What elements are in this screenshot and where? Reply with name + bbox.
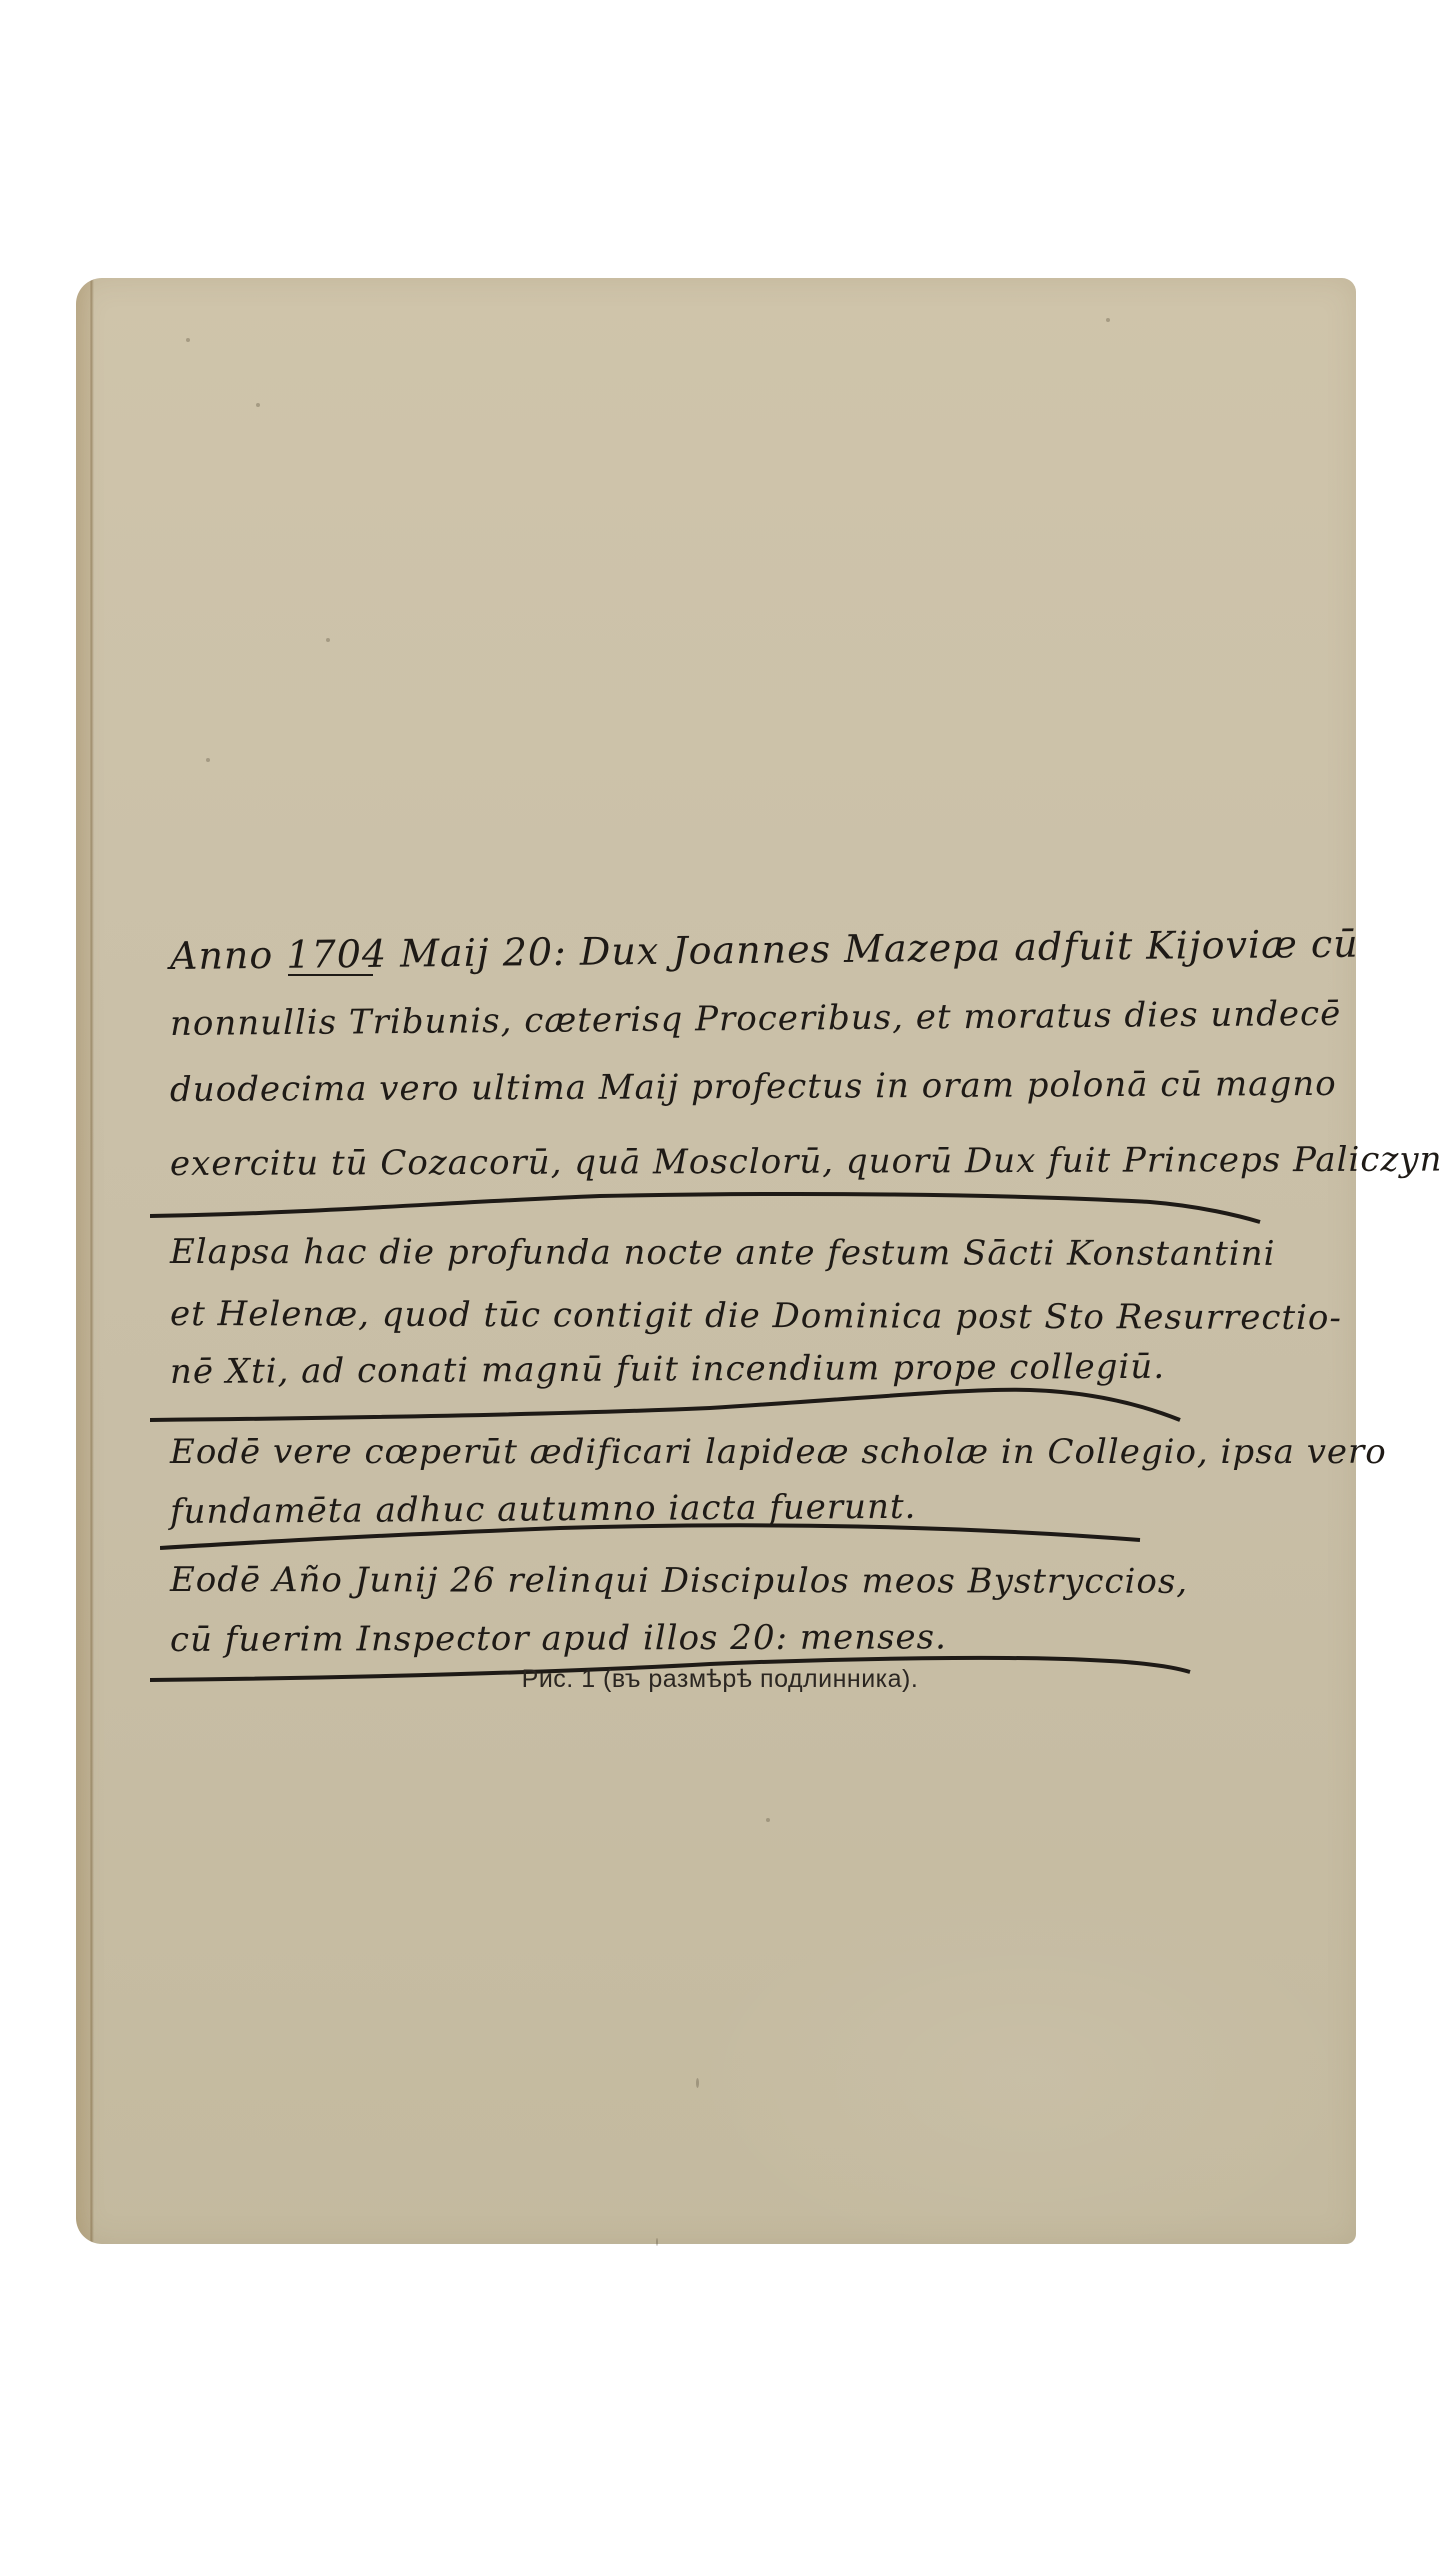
paper-speck xyxy=(186,338,190,342)
scan-background: Anno 1704 Maij 20: Dux Joannes Mazepa ad… xyxy=(0,0,1440,2560)
manuscript-line-3: duodecima vero ultima Maij profectus in … xyxy=(170,1064,1337,1110)
paper-speck xyxy=(1106,318,1110,322)
manuscript-line-4: exercitu tū Cozacorū, quā Mosclorū, quor… xyxy=(170,1140,1440,1184)
paper-speck xyxy=(326,638,330,642)
manuscript-line-8: Eodē vere cœperūt ædificari lapideæ scho… xyxy=(170,1432,1387,1472)
paper-speck xyxy=(256,403,260,407)
manuscript-line-9: fundamēta adhuc autumno iacta fuerunt. xyxy=(170,1487,917,1532)
manuscript-line-11: cū fuerim Inspector apud illos 20: mense… xyxy=(170,1617,947,1660)
paper-speck xyxy=(656,2238,658,2246)
figure-caption: Рис. 1 (въ размѣрѣ подлинника). xyxy=(0,1665,1440,1694)
manuscript-line-6: et Helenæ, quod tūc contigit die Dominic… xyxy=(170,1294,1342,1338)
paper-speck xyxy=(206,758,210,762)
manuscript-line-5: Elapsa hac die profunda nocte ante festu… xyxy=(170,1232,1276,1274)
manuscript-line-7: nē Xti, ad conati magnū fuit incendium p… xyxy=(170,1347,1165,1392)
paper-speck xyxy=(766,1818,770,1822)
paper-speck xyxy=(696,2078,699,2088)
manuscript-line-10: Eodē Año Junij 26 relinqui Discipulos me… xyxy=(170,1560,1188,1602)
